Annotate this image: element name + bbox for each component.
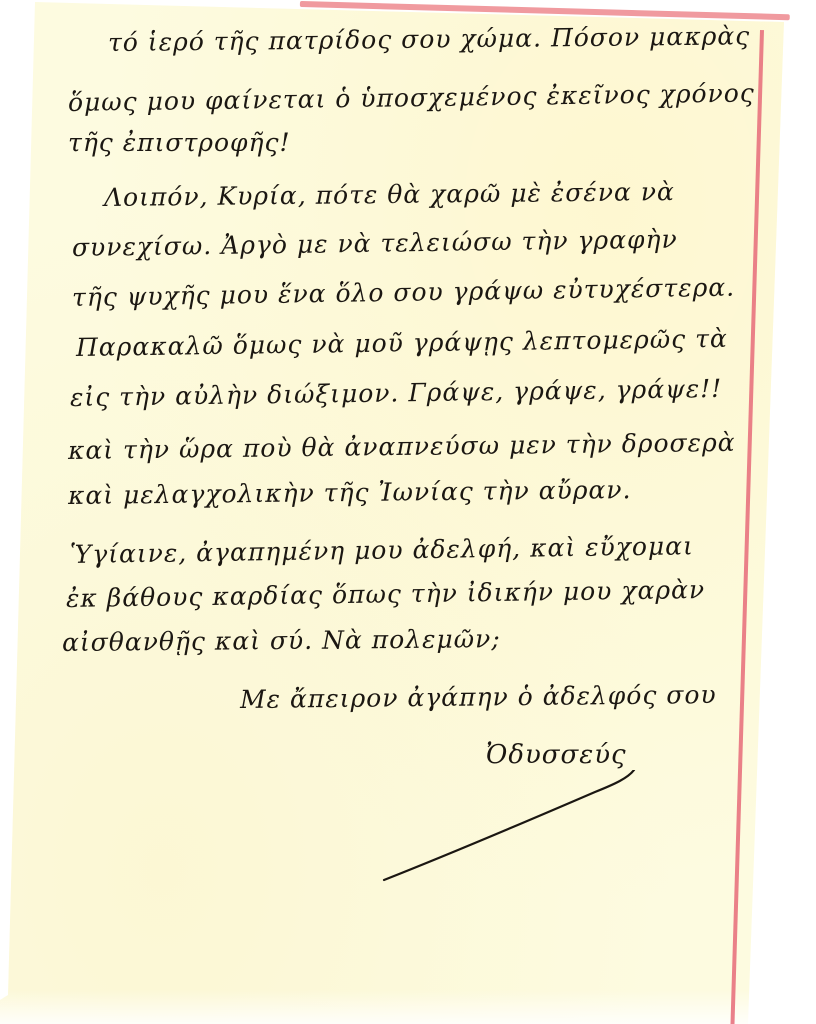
letter-line-10: καὶ μελαγχολικὴν τῆς Ἰωνίας τὴν αὔραν.	[68, 475, 632, 510]
letter-line-4: Λοιπόν, Κυρία, πότε θὰ χαρῶ μὲ ἐσένα νὰ	[104, 177, 675, 212]
signature: Ὀδυσσεύς	[486, 740, 627, 770]
letter-line-3: τῆς ἐπιστροφῆς!	[68, 128, 291, 157]
page-bottom-shadow	[0, 990, 760, 1024]
closing-salutation: Με ἄπειρον ἀγάπην ὁ ἀδελφός σου	[240, 680, 717, 714]
scanned-letter: τό ἱερό τῆς πατρίδος σου χώμα. Πόσον μακ…	[0, 0, 816, 1024]
signature-flourish	[380, 770, 640, 890]
letter-line-13: αἰσθανθῇς καὶ σύ. Νὰ πολεμῶν;	[62, 624, 501, 657]
